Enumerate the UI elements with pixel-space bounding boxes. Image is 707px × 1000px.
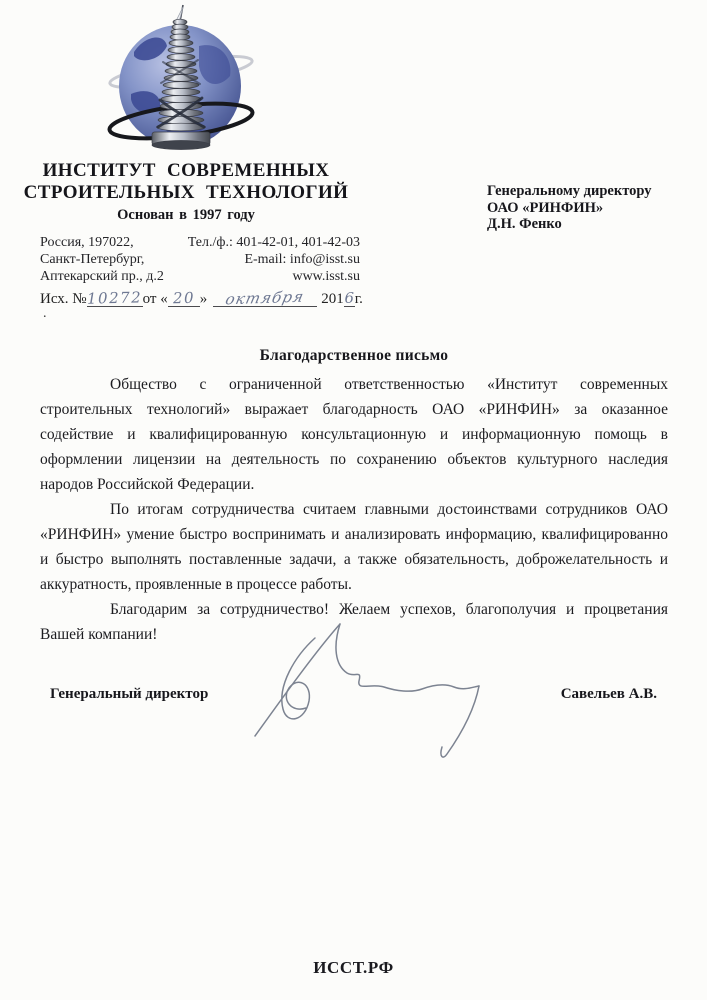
letter-page: ИНСТИТУТ СОВРЕМЕННЫХ СТРОИТЕЛЬНЫХ ТЕХНОЛ…: [0, 0, 707, 1000]
ref-prefix: Исх. №: [40, 291, 87, 307]
signer-name: Савельев А.В.: [561, 686, 657, 703]
org-name-line1: ИНСТИТУТ СОВРЕМЕННЫХ: [18, 160, 354, 182]
letter-paragraph: Общество с ограниченной ответственностью…: [40, 372, 668, 497]
recipient-title: Генеральному директору: [487, 183, 652, 200]
address-line: Санкт-Петербург,: [40, 251, 144, 268]
ref-year-printed: 201: [321, 291, 344, 307]
signature-autograph-icon: [243, 616, 498, 771]
letter-paragraph: По итогам сотрудничества считаем главным…: [40, 497, 668, 597]
phone-line: Тел./ф.: 401-42-01, 401-42-03: [188, 234, 360, 251]
outgoing-ref-line: Исх. №10272от «20»октября2016г.: [40, 291, 363, 308]
ref-day-blank: 20: [168, 291, 200, 307]
letter-title: Благодарственное письмо: [40, 347, 668, 365]
org-founded: Основан в 1997 году: [18, 207, 354, 224]
scan-dot-artifact: .: [43, 306, 47, 322]
org-name-block: ИНСТИТУТ СОВРЕМЕННЫХ СТРОИТЕЛЬНЫХ ТЕХНОЛ…: [18, 160, 354, 224]
contact-block: Россия, 197022, Тел./ф.: 401-42-01, 401-…: [40, 234, 360, 285]
ref-number-blank: 10272: [87, 291, 143, 307]
ref-ot: от «: [143, 291, 168, 307]
contact-row: Россия, 197022, Тел./ф.: 401-42-01, 401-…: [40, 234, 360, 251]
footer-site: ИССТ.РФ: [0, 958, 707, 978]
ref-quote-close: »: [200, 291, 208, 307]
address-line: Аптекарский пр., д.2: [40, 268, 164, 285]
company-logo: [106, 4, 258, 156]
contact-row: Санкт-Петербург, E-mail: info@isst.su: [40, 251, 360, 268]
recipient-person: Д.Н. Фенко: [487, 216, 652, 233]
ref-year-blank: 6: [344, 291, 355, 307]
org-name-line2: СТРОИТЕЛЬНЫХ ТЕХНОЛОГИЙ: [18, 182, 354, 204]
email-line: E-mail: info@isst.su: [244, 251, 360, 268]
contact-row: Аптекарский пр., д.2 www.isst.su: [40, 268, 360, 285]
ref-month-handwritten: октября: [224, 290, 305, 307]
ref-month-blank: октября: [213, 291, 317, 307]
signer-position: Генеральный директор: [50, 686, 208, 703]
website-line: www.isst.su: [292, 268, 360, 285]
ref-year-handwritten: 6: [344, 289, 354, 307]
letter-body: Общество с ограниченной ответственностью…: [40, 372, 668, 647]
ref-year-suffix: г.: [355, 291, 363, 307]
address-line: Россия, 197022,: [40, 234, 134, 251]
recipient-block: Генеральному директору ОАО «РИНФИН» Д.Н.…: [487, 183, 652, 233]
ref-day-handwritten: 20: [172, 291, 194, 306]
recipient-company: ОАО «РИНФИН»: [487, 200, 652, 217]
ref-number-handwritten: 10272: [87, 290, 143, 305]
